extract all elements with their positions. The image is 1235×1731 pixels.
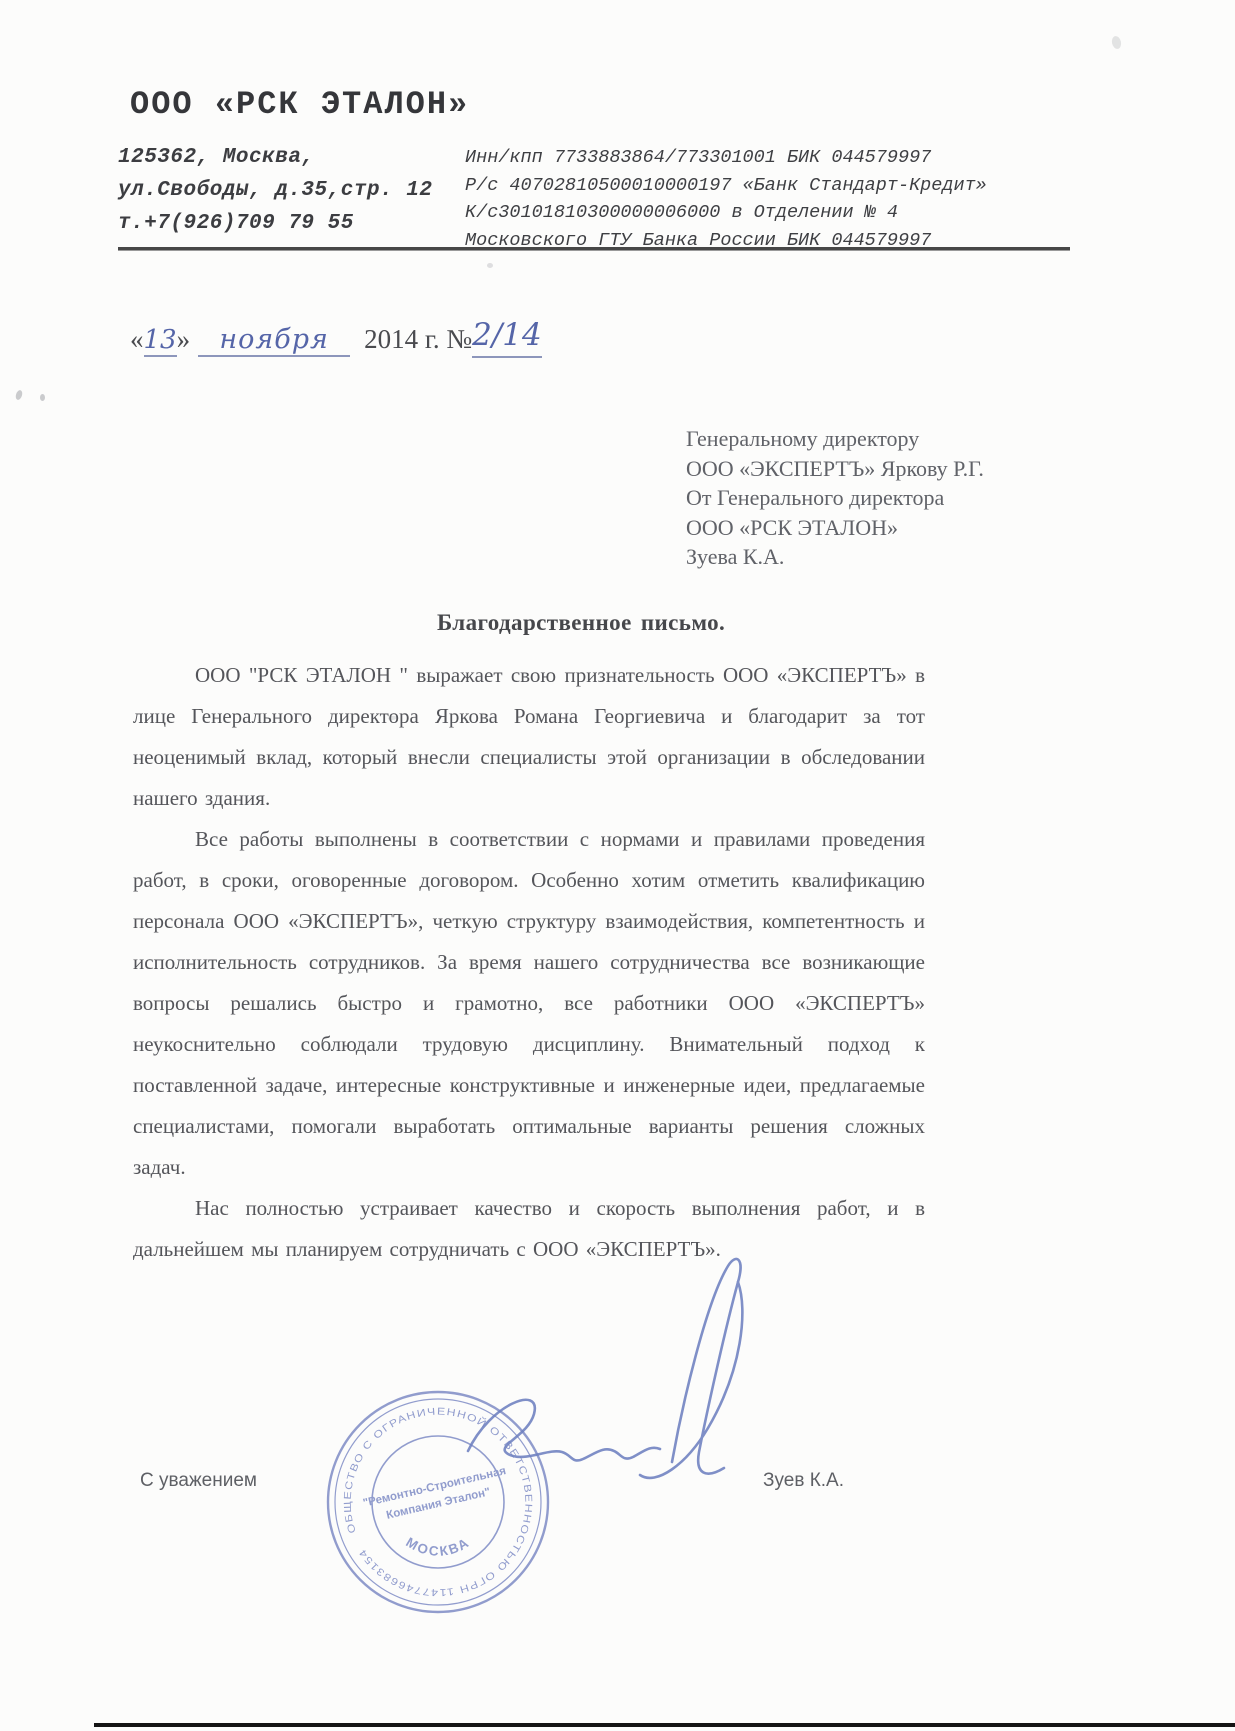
body-line: лице Генерального директора Яркова Роман… [133, 696, 925, 737]
body-line: задач. [133, 1147, 925, 1188]
recipient-line: Генеральному директору [686, 424, 984, 454]
recipient-block: Генеральному директору ООО «ЭКСПЕРТЪ» Яр… [686, 424, 984, 572]
body-line: неоценимый вклад, который внесли специал… [133, 737, 925, 778]
open-quote: « [130, 324, 144, 355]
letterhead-divider [118, 247, 1070, 251]
scan-speck [15, 389, 24, 400]
address-line: 125362, Москва, [118, 141, 432, 174]
body-line: исполнительность сотрудников. За время н… [133, 942, 925, 983]
handwritten-signature [450, 1246, 770, 1526]
handwritten-month: ноября [198, 324, 350, 357]
body-line: нашего здания. [133, 778, 925, 819]
scan-speck [1111, 35, 1123, 50]
body-line: специалистами, помогали выработать оптим… [133, 1106, 925, 1147]
company-address-block: 125362, Москва, ул.Свободы, д.35,стр. 12… [118, 141, 432, 240]
letter-body: ООО "РСК ЭТАЛОН " выражает свою признате… [133, 655, 925, 1270]
recipient-line: От Генерального директора [686, 483, 984, 513]
recipient-line: ООО «РСК ЭТАЛОН» [686, 513, 984, 543]
scanned-letter: ООО «РСК ЭТАЛОН» 125362, Москва, ул.Своб… [0, 0, 1235, 1731]
closing-phrase: С уважением [140, 1470, 257, 1492]
date-line: «13»ноября2014 г. №2/14 [130, 320, 542, 358]
recipient-line: Зуева К.А. [686, 542, 984, 572]
address-line: т.+7(926)709 79 55 [118, 207, 432, 240]
scan-edge-line [94, 1723, 1235, 1727]
handwritten-day: 13 [144, 325, 177, 355]
bank-details-block: Инн/кпп 7733883864/773301001 БИК 0445799… [465, 144, 987, 254]
bank-line: К/с30101810300000006000 в Отделении № 4 [465, 199, 987, 227]
bank-line: Инн/кпп 7733883864/773301001 БИК 0445799… [465, 144, 987, 172]
body-line: неукоснительно соблюдали трудовую дисцип… [133, 1024, 925, 1065]
signature-stroke [468, 1400, 660, 1461]
close-quote: » [177, 324, 191, 355]
recipient-line: ООО «ЭКСПЕРТЪ» Яркову Р.Г. [686, 454, 984, 484]
scan-speck [40, 394, 45, 401]
signature-stroke [672, 1259, 741, 1474]
signer-name: Зуев К.А. [763, 1470, 844, 1492]
company-name: ООО «РСК ЭТАЛОН» [130, 86, 469, 123]
body-line: вопросы решались быстро и грамотно, все … [133, 983, 925, 1024]
handwritten-doc-number: 2/14 [472, 317, 542, 353]
letter-title: Благодарственное письмо. [437, 610, 725, 636]
scan-speck [487, 263, 493, 268]
body-line: персонала ООО «ЭКСПЕРТЪ», четкую структу… [133, 901, 925, 942]
body-line: Нас полностью устраивает качество и скор… [133, 1188, 925, 1229]
address-line: ул.Свободы, д.35,стр. 12 [118, 174, 432, 207]
body-line: ООО "РСК ЭТАЛОН " выражает свою признате… [133, 655, 925, 696]
body-line: Все работы выполнены в соответствии с но… [133, 819, 925, 860]
body-line: работ, в сроки, оговоренные договором. О… [133, 860, 925, 901]
printed-year-label: 2014 г. № [364, 324, 472, 355]
body-line: поставленной задаче, интересные конструк… [133, 1065, 925, 1106]
bank-line: Р/с 40702810500010000197 «Банк Стандарт-… [465, 172, 987, 200]
